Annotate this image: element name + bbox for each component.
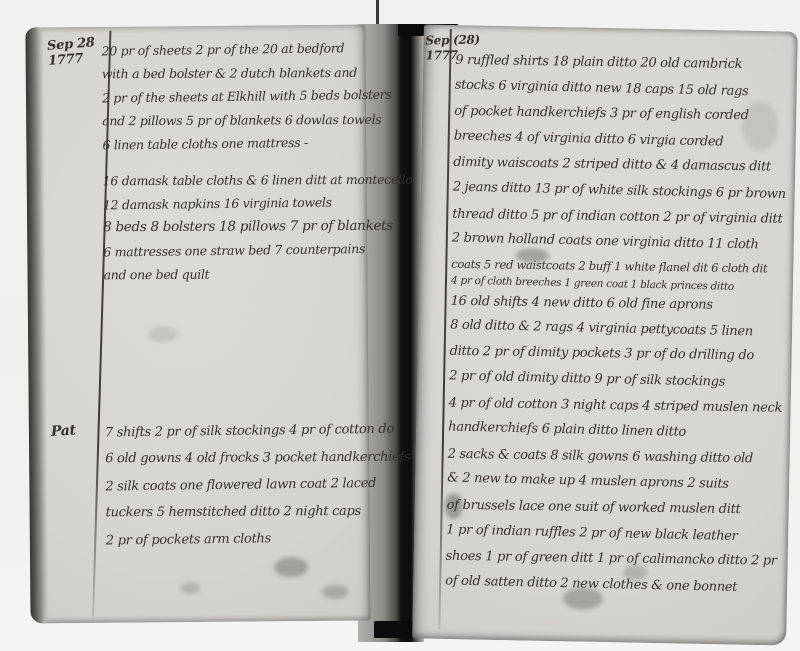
right-page-lines: 9 ruffled shirts 18 plain ditto 20 old c…: [445, 47, 789, 601]
left-entry-2-lines: 7 shifts 2 pr of silk stockings 4 pr of …: [105, 416, 411, 554]
manuscript-line: 16 damask table cloths & 6 linen ditt at…: [103, 154, 413, 192]
manuscript-line: and one bed quilt: [104, 261, 414, 286]
ink-smudge: [322, 585, 348, 599]
manuscript-line: 6 mattresses one straw bed 7 counterpain…: [103, 236, 413, 264]
manuscript-line: tuckers 5 hemstitched ditto 2 night caps: [106, 498, 411, 527]
manuscript-line: 7 shifts 2 pr of silk stockings 4 pr of …: [105, 415, 411, 446]
manuscript-line: 2 pr of the sheets at Elkhill with 5 bed…: [102, 82, 412, 110]
right-margin-date-line1: Sep (28): [425, 33, 480, 49]
left-entry-2-label: Pat: [50, 422, 76, 439]
ink-smudge: [274, 557, 308, 577]
left-margin-date: Sep 28 1777: [47, 35, 97, 69]
left-margin-date-line2: 1777: [48, 50, 97, 69]
manuscript-line: 2 silk coats one flowered lawn coat 2 la…: [105, 469, 411, 500]
ink-smudge: [563, 587, 603, 610]
manuscript-line: 8 beds 8 bolsters 18 pillows 7 pr of bla…: [103, 214, 413, 239]
ink-smudge: [180, 582, 200, 594]
ink-smudge: [148, 326, 178, 342]
ink-smudge: [623, 564, 647, 580]
left-page: Sep 28 1777 20 pr of sheets 2 pr of the …: [25, 25, 370, 624]
manuscript-line: and 2 pillows 5 pr of blankets 6 dowlas …: [102, 107, 412, 132]
scanned-manuscript-background: Sep 28 1777 20 pr of sheets 2 pr of the …: [0, 0, 800, 651]
manuscript-line: 2 pr of pockets arm cloths: [106, 523, 412, 554]
manuscript-line: 6 linen table cloths one mattress -: [102, 129, 412, 157]
manuscript-line: with a bed bolster & 2 dutch blankets an…: [102, 60, 412, 85]
left-entry-1-lines: 20 pr of sheets 2 pr of the 20 at bedfor…: [102, 36, 414, 287]
ink-smudge: [515, 248, 549, 263]
manuscript-line: 6 old gowns 4 old frocks 3 pocket handke…: [105, 444, 410, 473]
manuscript-line: 20 pr of sheets 2 pr of the 20 at bedfor…: [101, 35, 411, 63]
manuscript-line: 12 damask napkins 16 virginia towels: [103, 189, 413, 217]
right-page: Sep (28) 1777 9 ruffled shirts 18 plain …: [412, 24, 798, 645]
